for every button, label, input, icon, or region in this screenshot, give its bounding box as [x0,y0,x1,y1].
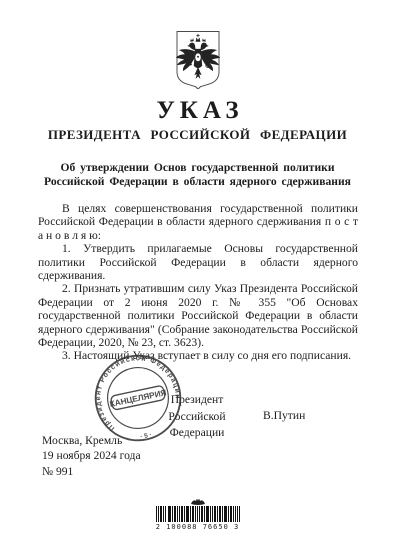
preamble-paragraph: В целях совершенствования государственно… [38,202,358,242]
item-1: 1. Утвердить прилагаемые Основы государс… [38,242,358,282]
stamp-seal-icon: Президент Российской Федерации · 5 · КАН… [92,352,184,444]
preamble-text: В целях совершенствования государственно… [38,202,358,228]
decree-subject: Об утверждении Основ государственной пол… [0,161,395,188]
chancellery-stamp: Президент Российской Федерации · 5 · КАН… [92,352,184,444]
barcode-bars [156,506,240,522]
footer-number: № 991 [42,464,141,479]
double-headed-eagle-icon [168,28,228,95]
barcode-block: 2 100088 76650 3 [153,496,243,531]
footer-date: 19 ноября 2024 года [42,448,141,463]
document-type-title: УКАЗ [0,97,395,125]
mini-eagle-icon [190,496,206,505]
russian-coat-of-arms [168,28,228,95]
issuer-line: ПРЕЗИДЕНТА РОССИЙСКОЙ ФЕДЕРАЦИИ [0,127,395,143]
item-2: 2. Признать утратившим силу Указ Президе… [38,282,358,349]
signature-name: В.Путин [263,409,305,422]
subject-line-2: Российской Федерации в области ядерного … [0,175,395,189]
subject-line-1: Об утверждении Основ государственной пол… [0,161,395,175]
item-3: 3. Настоящий Указ вступает в силу со дня… [38,349,358,362]
decree-page: УКАЗ ПРЕЗИДЕНТА РОССИЙСКОЙ ФЕДЕРАЦИИ Об … [0,0,395,560]
decree-body: В целях совершенствования государственно… [38,202,358,363]
barcode-digits: 2 100088 76650 3 [153,523,243,531]
